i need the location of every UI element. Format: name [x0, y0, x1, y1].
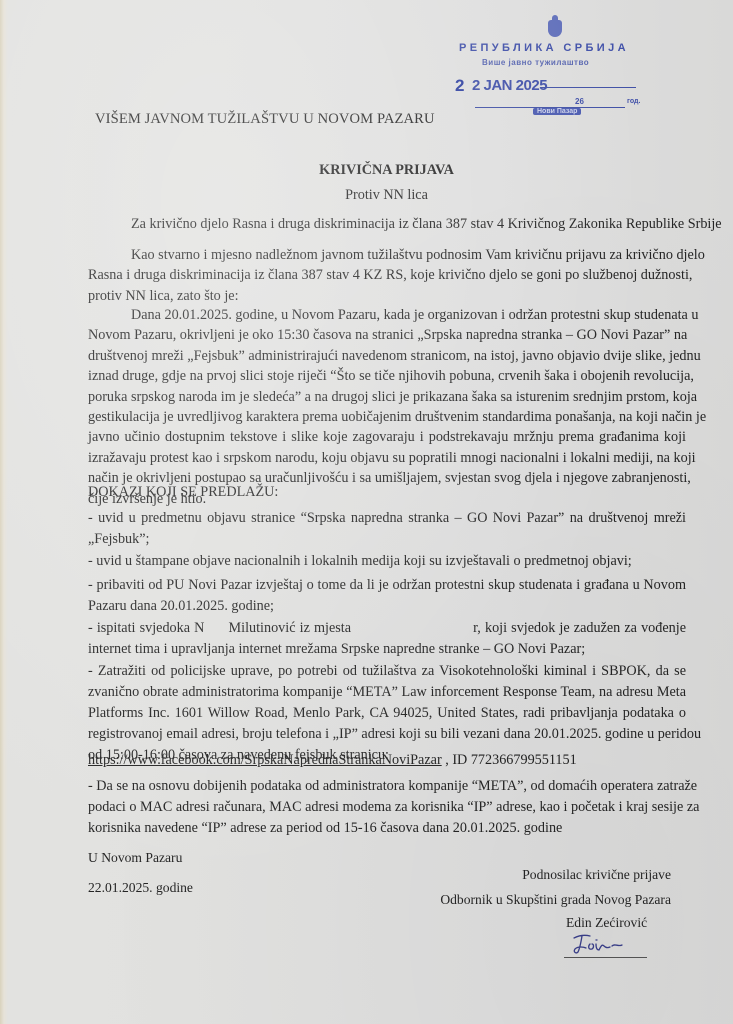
signer-organization: Odbornik u Skupštini grada Novog Pazara	[0, 890, 671, 909]
facts-line: izražavaju protest kao i srpskom narodu,…	[88, 448, 686, 468]
witness-line: - ispitati svjedoka N Milutinović iz mje…	[88, 618, 686, 639]
receipt-stamp: РЕПУБЛИКА СРБИЈА Више јавно тужилаштво 2…	[455, 18, 665, 118]
evidence-item: - Da se na osnovu dobijenih podataka od …	[88, 776, 686, 839]
offense-description: Za krivično djelo Rasna i druga diskrimi…	[131, 215, 722, 234]
facts-line: javno učinio dostupnim tekstove i slike …	[88, 427, 686, 447]
facebook-reference: https://www.facebook.com/SrpskaNaprednaS…	[88, 752, 577, 769]
stamp-city: Нови Пазар	[533, 108, 581, 115]
intro-line: Rasna i druga diskriminacija iz člana 38…	[88, 265, 686, 285]
witness-name: Milutinović iz mjesta	[229, 620, 352, 636]
stamp-date: 2 JAN 2025	[472, 77, 547, 94]
witness-prefix: - ispitati svjedoka N	[88, 620, 204, 636]
evidence-item: - Zatražiti od policijske uprave, po pot…	[88, 661, 686, 766]
addressee: VIŠEM JAVNOM TUŽILAŠTVU U NOVOM PAZARU	[95, 110, 435, 129]
facts-line: iznad druge, gdje na prvoj slici stoje r…	[88, 366, 686, 386]
evidence-line: zvanično obrate administratorima kompani…	[88, 682, 686, 703]
facts-line: gestikulacija je uvredljivog karaktera p…	[88, 407, 686, 427]
intro-paragraph: Kao stvarno i mjesno nadležnom javnom tu…	[88, 245, 686, 306]
facts-line: poruka srpskog naroda im je sledeća” a n…	[88, 387, 686, 407]
stamp-date-line	[540, 87, 636, 88]
stamp-office: Више јавно тужилаштво	[482, 58, 589, 67]
signer-role: Podnosilac krivične prijave	[0, 865, 671, 884]
evidence-heading: DOKAZI KOJI SE PREDLAŽU:	[88, 483, 278, 502]
document-title: KRIVIČNA PRIJAVA	[0, 161, 733, 180]
evidence-item: - uvid u predmetnu objavu stranice “Srps…	[88, 508, 686, 550]
evidence-item-witness: - ispitati svjedoka N Milutinović iz mje…	[88, 618, 686, 660]
facts-line: Novom Pazaru, okrivljeni je oko 15:30 ča…	[88, 325, 686, 345]
evidence-line: korisnika navedene “IP” adrese za period…	[88, 818, 686, 839]
evidence-line: - Zatražiti od policijske uprave, po pot…	[88, 661, 686, 682]
evidence-line: Platforms Inc. 1601 Willow Road, Menlo P…	[88, 703, 686, 724]
facts-paragraph: Dana 20.01.2025. godine, u Novom Pazaru,…	[88, 305, 686, 509]
evidence-line: registrovanoj email adresi, broju telefo…	[88, 724, 686, 745]
document-subtitle: Protiv NN lica	[0, 186, 733, 205]
intro-line: Kao stvarno i mjesno nadležnom javnom tu…	[88, 245, 686, 265]
evidence-line: „Fejsbuk”;	[88, 529, 686, 550]
facebook-id: , ID 772366799551151	[442, 752, 577, 768]
evidence-line: - uvid u štampane objave nacionalnih i l…	[88, 551, 686, 571]
stamp-date-row: 2 2 JAN 2025	[455, 76, 655, 96]
evidence-line: podaci o MAC adresi računara, MAC adresi…	[88, 797, 686, 818]
evidence-item: - uvid u štampane objave nacionalnih i l…	[88, 551, 686, 571]
intro-line: protiv NN lica, zato što je:	[88, 286, 686, 306]
evidence-line: internet tima i upravljanja internet mre…	[88, 639, 686, 660]
stamp-day-number: 2	[455, 76, 464, 96]
facts-line: društvenoj mreži „Fejsbuk” administriraj…	[88, 346, 686, 366]
paper-sheet: РЕПУБЛИКА СРБИЈА Више јавно тужилаштво 2…	[0, 0, 733, 1024]
witness-suffix: r, koji svjedok je zadužen za vođenje	[473, 620, 686, 636]
coat-of-arms-icon	[548, 20, 562, 37]
evidence-line: - Da se na osnovu dobijenih podataka od …	[88, 776, 686, 797]
stamp-year-suffix: год.	[627, 98, 640, 105]
stamp-country: РЕПУБЛИКА СРБИЈА	[459, 42, 629, 54]
stamp-number: 26	[575, 97, 584, 106]
handwritten-signature-icon	[566, 930, 626, 960]
signature-line	[564, 957, 647, 958]
evidence-line: - pribaviti od PU Novi Pazar izvještaj o…	[88, 575, 686, 596]
facebook-url-link[interactable]: https://www.facebook.com/SrpskaNaprednaS…	[88, 752, 442, 768]
evidence-line: - uvid u predmetnu objavu stranice “Srps…	[88, 508, 686, 529]
evidence-line: Pazaru dana 20.01.2025. godine;	[88, 596, 686, 617]
evidence-item: - pribaviti od PU Novi Pazar izvještaj o…	[88, 575, 686, 617]
facts-line: Dana 20.01.2025. godine, u Novom Pazaru,…	[88, 305, 686, 325]
